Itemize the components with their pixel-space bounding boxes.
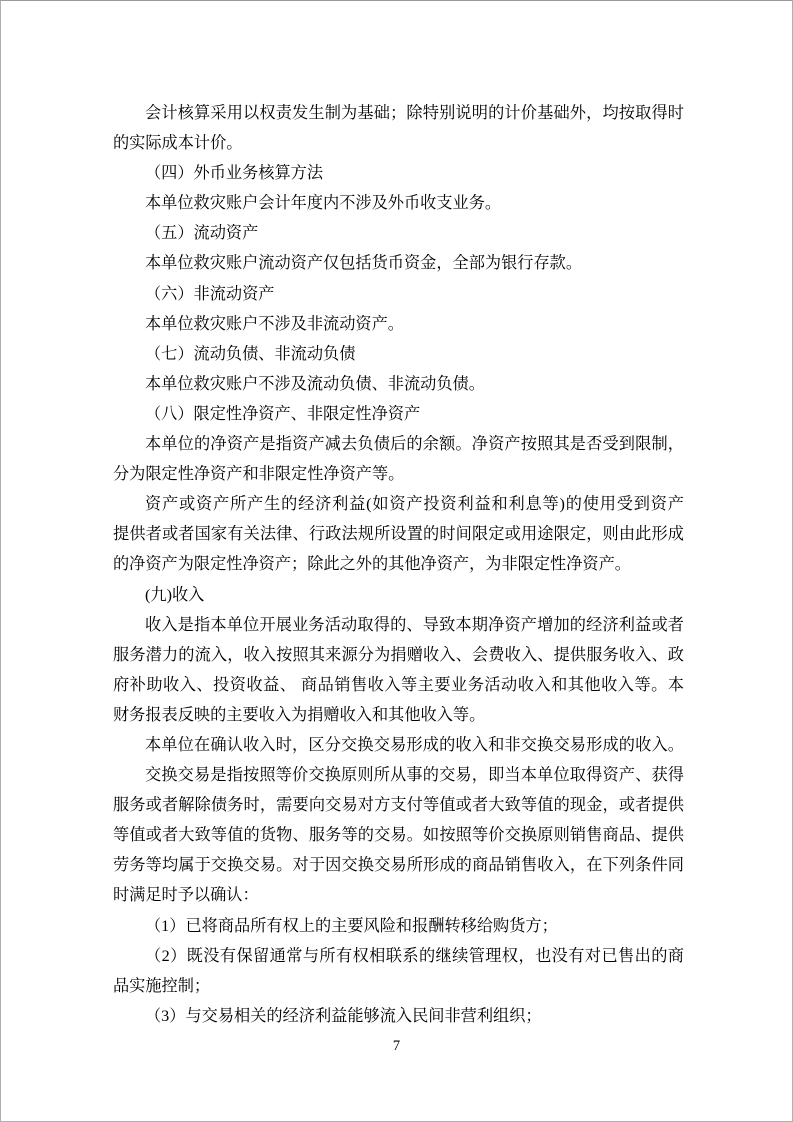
section-heading-line: （四）外币业务核算方法 — [113, 158, 684, 188]
paragraph-line: 分为限定性净资产和非限定性净资产等。 — [113, 459, 684, 489]
paragraph-line: 本单位在确认收入时，区分交换交易形成的收入和非交换交易形成的收入。 — [113, 730, 684, 760]
paragraph-line: 财务报表反映的主要收入为捐赠收入和其他收入等。 — [113, 700, 684, 730]
section-heading-line: (九)收入 — [113, 580, 684, 610]
paragraph-line: 劳务等均属于交换交易。对于因交换交易所形成的商品销售收入，在下列条件同 — [113, 850, 684, 880]
paragraph-line: 的净资产为限定性净资产；除此之外的其他净资产，为非限定性净资产。 — [113, 549, 684, 579]
list-item-line: （3）与交易相关的经济利益能够流入民间非营利组织； — [113, 1001, 684, 1031]
paragraph-line: 本单位救灾账户会计年度内不涉及外币收支业务。 — [113, 188, 684, 218]
paragraph-line: 等值或者大致等值的货物、服务等的交易。如按照等价交换原则销售商品、提供 — [113, 820, 684, 850]
list-item-line: （1）已将商品所有权上的主要风险和报酬转移给购货方； — [113, 911, 684, 941]
section-heading-line: （五）流动资产 — [113, 218, 684, 248]
list-item-line: 品实施控制； — [113, 971, 684, 1001]
section-heading-line: （八）限定性净资产、非限定性净资产 — [113, 399, 684, 429]
paragraph-line: 本单位救灾账户流动资产仅包括货币资金，全部为银行存款。 — [113, 248, 684, 278]
paragraph-line: 的实际成本计价。 — [113, 128, 684, 158]
paragraph-line: 提供者或者国家有关法律、行政法规所设置的时间限定或用途限定，则由此形成 — [113, 519, 684, 549]
paragraph-line: 本单位救灾账户不涉及流动负债、非流动负债。 — [113, 369, 684, 399]
document-page: { "page": { "footer_page_number": "7" },… — [0, 0, 793, 1122]
section-heading-line: （七）流动负债、非流动负债 — [113, 339, 684, 369]
paragraph-line: 府补助收入、投资收益、 商品销售收入等主要业务活动收入和其他收入等。本 — [113, 670, 684, 700]
list-item-line: （2）既没有保留通常与所有权相联系的继续管理权，也没有对已售出的商 — [113, 941, 684, 971]
paragraph-line: 时满足时予以确认： — [113, 880, 684, 910]
paragraph-line: 资产或资产所产生的经济利益(如资产投资利益和利息等)的使用受到资产 — [113, 489, 684, 519]
paragraph-line: 会计核算采用以权责发生制为基础；除特别说明的计价基础外，均按取得时 — [113, 98, 684, 128]
paragraph-line: 服务潜力的流入，收入按照其来源分为捐赠收入、会费收入、提供服务收入、政 — [113, 640, 684, 670]
paragraph-line: 收入是指本单位开展业务活动取得的、导致本期净资产增加的经济利益或者 — [113, 610, 684, 640]
paragraph-line: 服务或者解除债务时，需要向交易对方支付等值或者大致等值的现金，或者提供 — [113, 790, 684, 820]
paragraph-line: 交换交易是指按照等价交换原则所从事的交易，即当本单位取得资产、获得 — [113, 760, 684, 790]
page-number: 7 — [1, 1037, 792, 1055]
section-heading-line: （六）非流动资产 — [113, 279, 684, 309]
paragraph-line: 本单位救灾账户不涉及非流动资产。 — [113, 309, 684, 339]
document-body-text: 会计核算采用以权责发生制为基础；除特别说明的计价基础外，均按取得时 的实际成本计… — [113, 98, 684, 1031]
paragraph-line: 本单位的净资产是指资产减去负债后的余额。净资产按照其是否受到限制， — [113, 429, 684, 459]
